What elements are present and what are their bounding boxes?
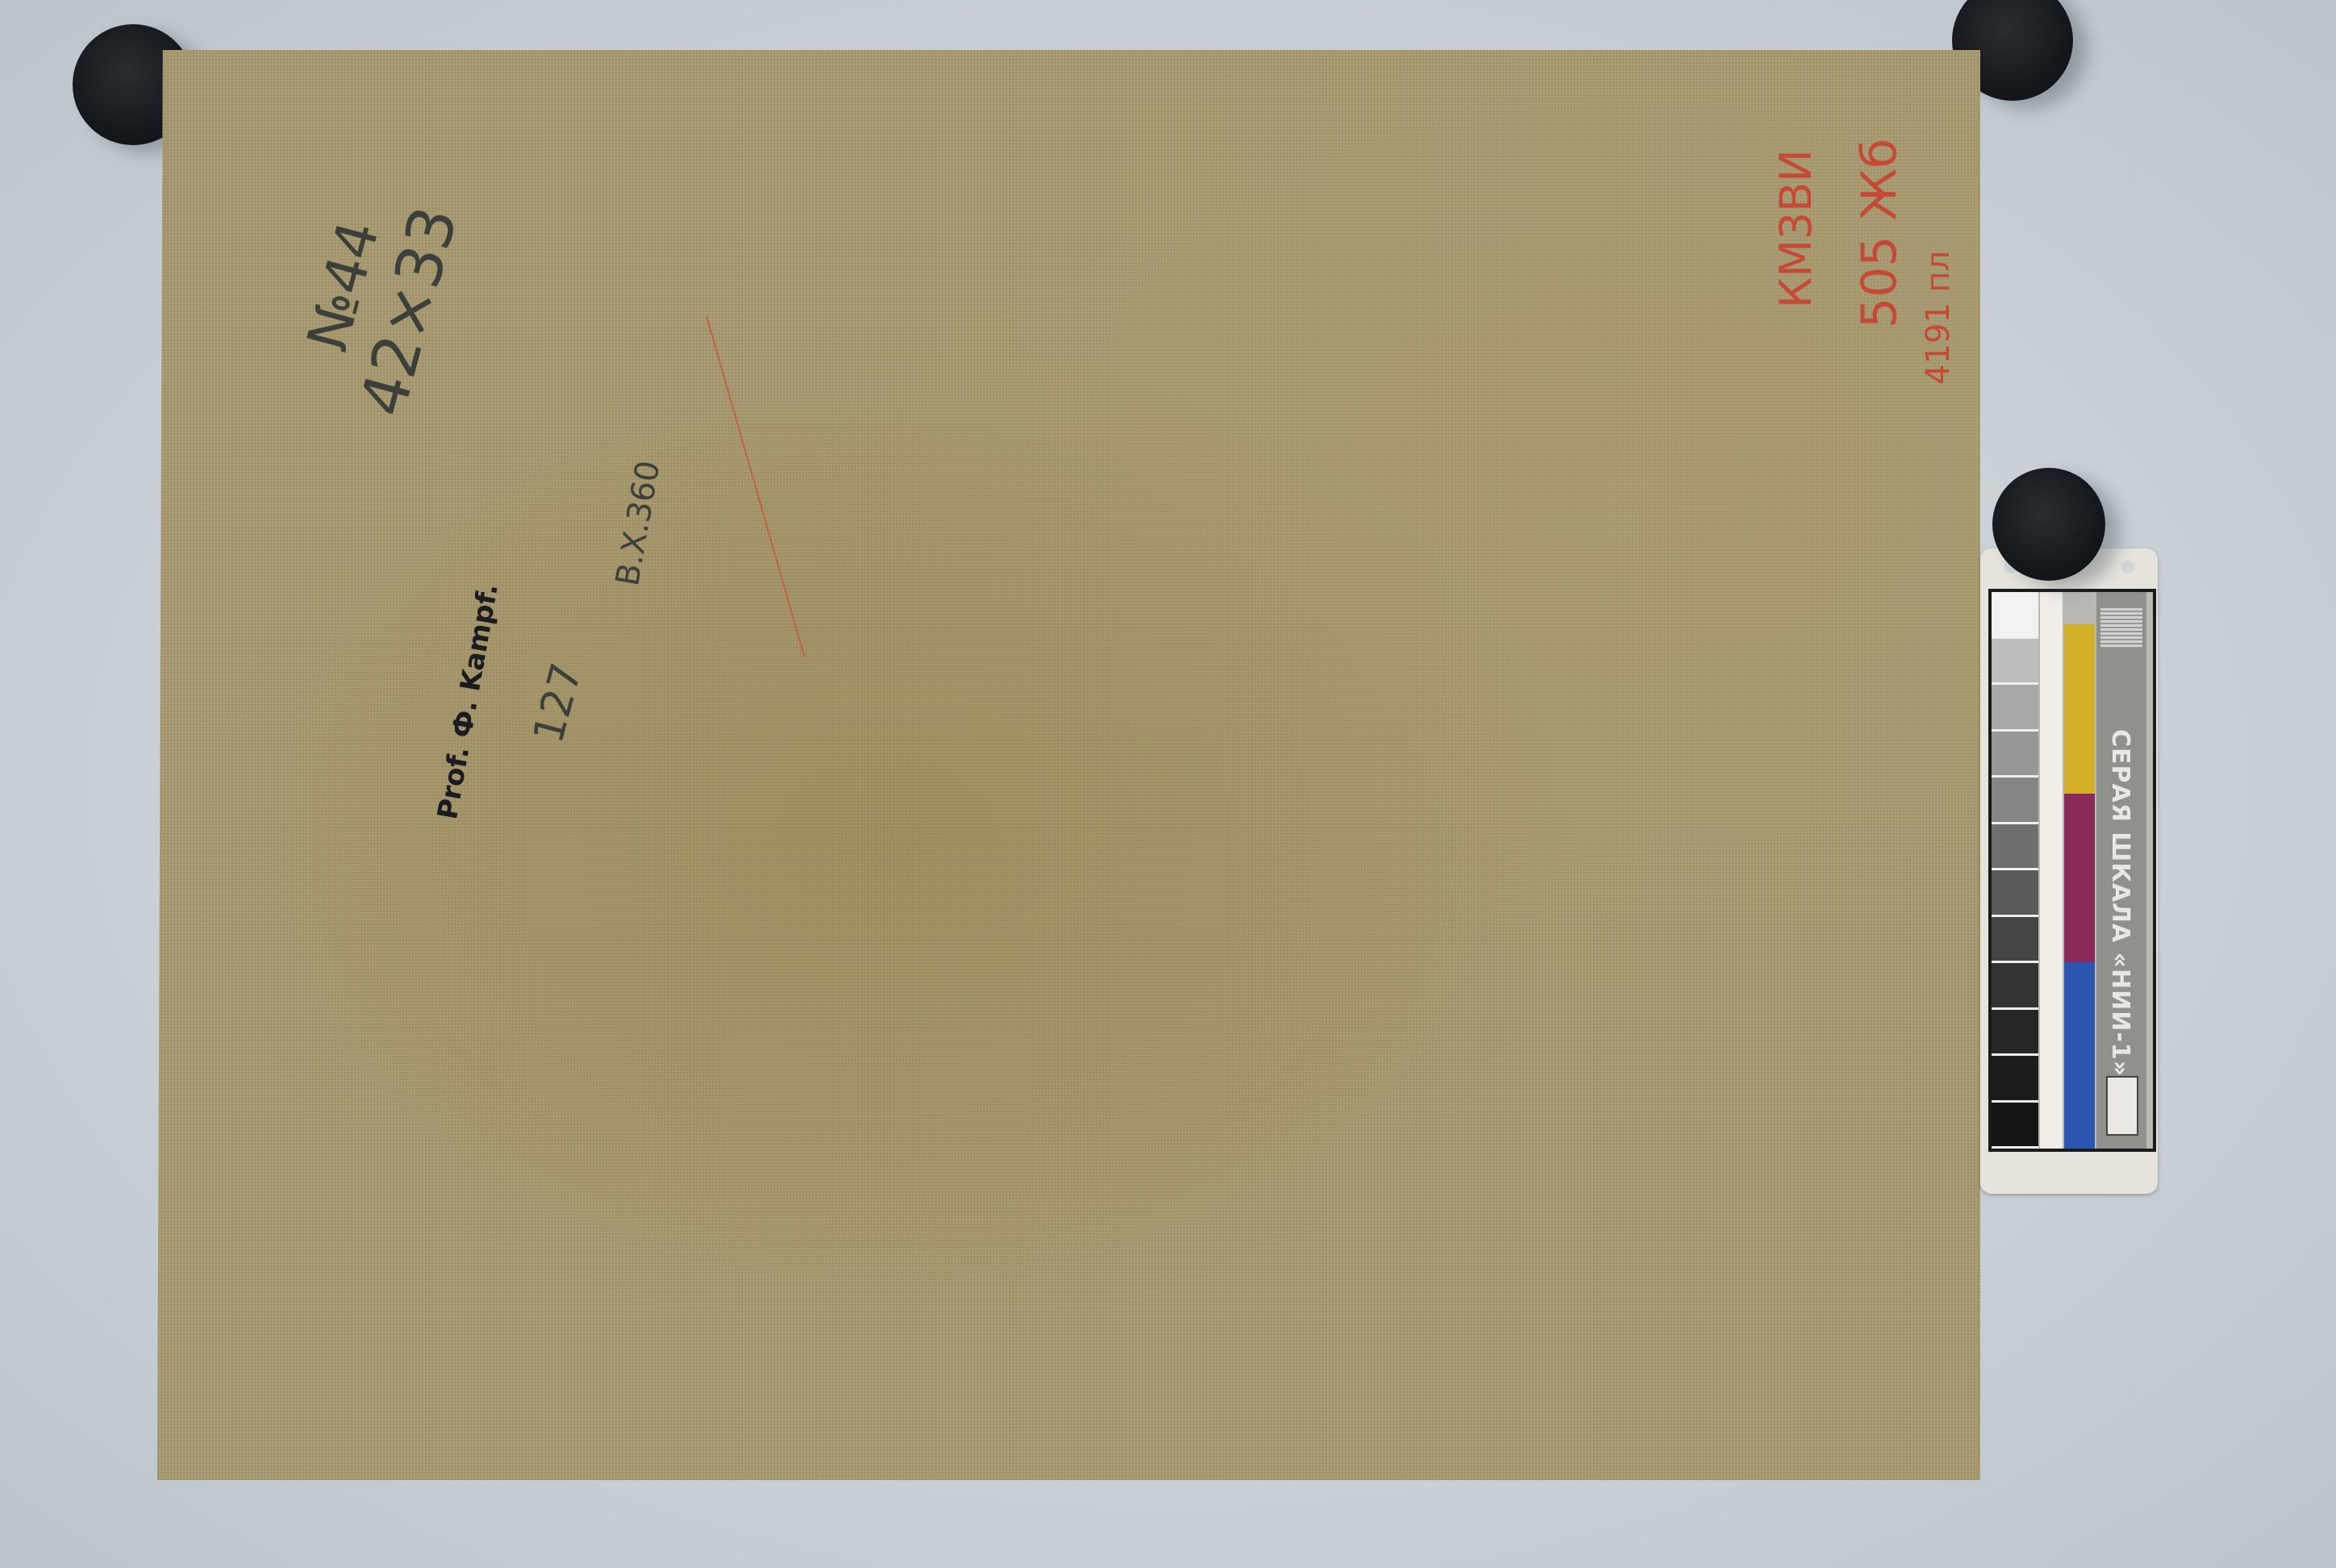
- stamp-line-3: 4191 пл: [1920, 251, 1957, 385]
- grayscale-reference-card: СЕРАЯ ШКАЛА «НИИ-1»: [1980, 548, 2158, 1194]
- yellow-patch: [2064, 624, 2095, 794]
- card-title: СЕРАЯ ШКАЛА «НИИ-1»: [2106, 729, 2134, 1077]
- red-pencil-line: [706, 315, 805, 657]
- collection-code: В.Х.360: [609, 458, 667, 589]
- card-label-strip: СЕРАЯ ШКАЛА «НИИ-1»: [2096, 592, 2146, 1149]
- canvas-back: №44 42×33 Prof. Ф. Kampf. 127 В.Х.360 КМ…: [157, 50, 1980, 1480]
- catalog-number: 127: [524, 658, 592, 748]
- card-blank-box: [2106, 1076, 2138, 1136]
- density-values-strip: [2040, 592, 2063, 1149]
- gray-steps: [1992, 592, 2038, 1149]
- cyan-patch: [2064, 962, 2095, 1149]
- magenta-patch: [2064, 794, 2095, 963]
- resolution-grid: [2100, 608, 2142, 648]
- stamp-line-1: КМ3ВИ: [1771, 149, 1821, 308]
- stamp-line-2: 505 Жб: [1851, 139, 1908, 328]
- color-patches: [2064, 624, 2095, 1149]
- artist-label: Prof. Ф. Kampf.: [432, 581, 505, 822]
- pin-card: [1992, 468, 2105, 581]
- card-body: СЕРАЯ ШКАЛА «НИИ-1»: [1988, 589, 2156, 1152]
